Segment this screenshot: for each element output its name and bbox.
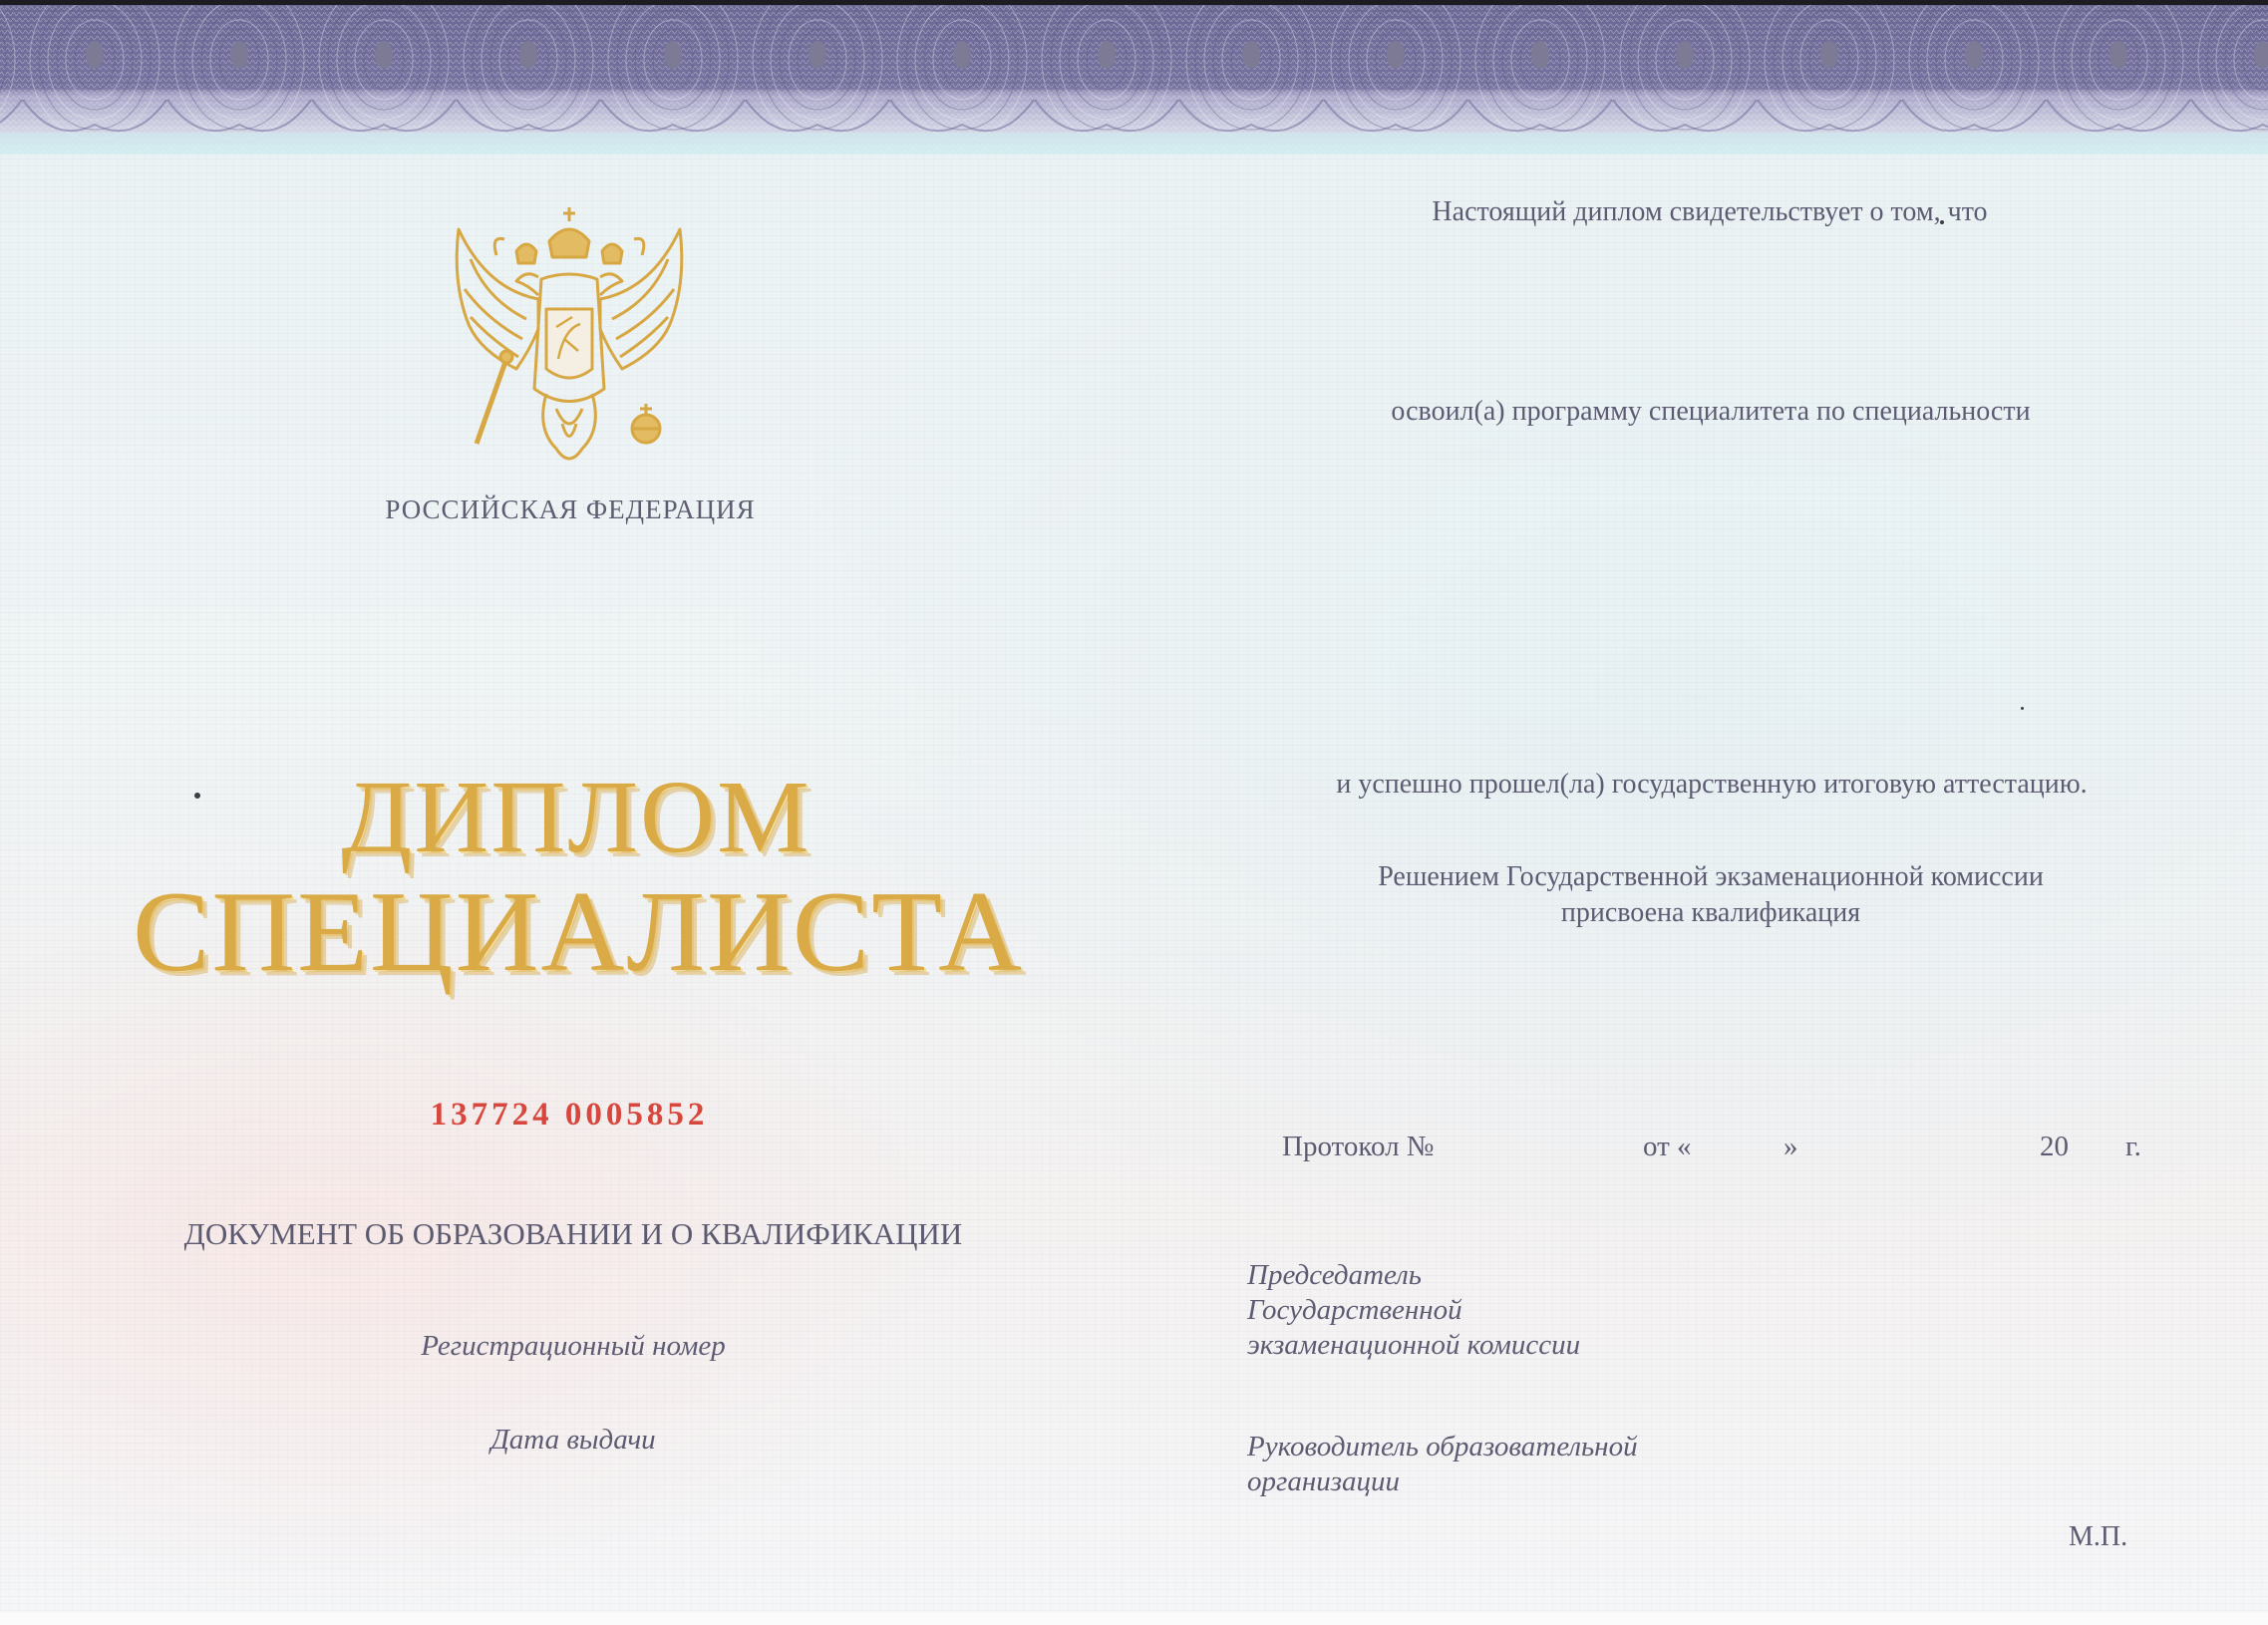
chairman-signature-block: Председатель Государственной экзаменацио… [1247, 1258, 1580, 1363]
country-label: РОССИЙСКАЯ ФЕДЕРАЦИЯ [385, 494, 755, 525]
protocol-label: Протокол № [1282, 1131, 1434, 1163]
chairman-line: Председатель [1247, 1258, 1580, 1293]
protocol-date-close-quote: » [1783, 1131, 1798, 1163]
diploma-page [0, 0, 2268, 1625]
protocol-date-from: от « [1643, 1131, 1692, 1163]
attestation-text: и успешно прошел(ла) государственную ито… [1336, 769, 2087, 801]
serial-number: 137724 0005852 [431, 1097, 709, 1134]
director-line: организации [1247, 1464, 1638, 1499]
protocol-year-suffix: г. [2125, 1131, 2141, 1163]
diploma-title: ДИПЛОМ [341, 766, 810, 869]
document-type: ДОКУМЕНТ ОБ ОБРАЗОВАНИИ И О КВАЛИФИКАЦИИ [184, 1216, 963, 1252]
speck [2021, 707, 2024, 710]
stamp-place: М.П. [2069, 1521, 2127, 1553]
director-signature-block: Руководитель образовательной организации [1247, 1430, 1638, 1499]
speck [1940, 220, 1944, 224]
diploma-subtitle: СПЕЦИАЛИСТА [133, 874, 1024, 990]
speck [194, 793, 200, 799]
registration-number-label: Регистрационный номер [421, 1330, 726, 1363]
bottom-edge [0, 1613, 2268, 1625]
chairman-line: Государственной [1247, 1293, 1580, 1328]
chairman-line: экзаменационной комиссии [1247, 1328, 1580, 1363]
protocol-year-prefix: 20 [2040, 1131, 2069, 1163]
guilloche-band [0, 5, 2268, 155]
program-text: освоил(а) программу специалитета по спец… [1391, 396, 2030, 428]
commission-decision-text: Решением Государственной экзаменационной… [1378, 861, 2044, 893]
coat-of-arms-icon [447, 199, 692, 474]
qualification-text: присвоена квалификация [1561, 897, 1860, 929]
certifies-text: Настоящий диплом свидетельствует о том, … [1432, 196, 1987, 228]
director-line: Руководитель образовательной [1247, 1430, 1638, 1464]
issue-date-label: Дата выдачи [490, 1424, 655, 1457]
